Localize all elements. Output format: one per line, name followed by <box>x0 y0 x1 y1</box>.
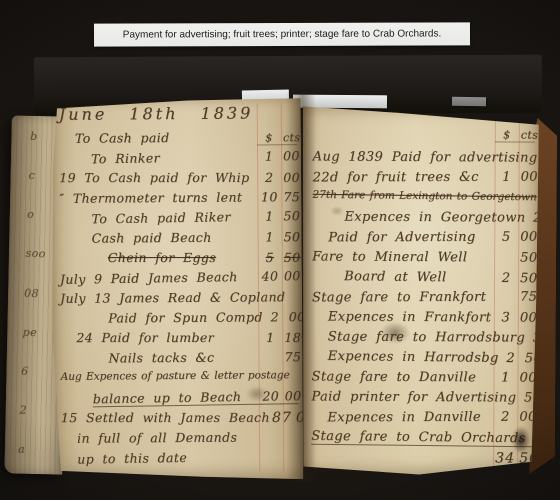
ledger-row: up to this date <box>61 448 299 472</box>
ledger-row: Expences in Frankfort 3 00 <box>312 309 534 330</box>
ledger-row: To Cash paid $ cts <box>59 129 297 151</box>
entry-dollars: 2 <box>263 309 287 324</box>
entry-dollars: 1 <box>257 208 281 223</box>
ledger-row: Stage fare to Harrodsburg 3 00 <box>312 329 534 350</box>
entry-dollars: 10 <box>257 189 281 204</box>
entry-cents: 00 <box>518 230 534 245</box>
ledger-row: 22d for fruit trees &c 1 00 <box>313 170 535 191</box>
entry-dollars: 5 <box>494 230 518 245</box>
ledger-row: Paid for Spun Compd 2 00 <box>60 309 298 331</box>
ledger-row: 27th Fare from Lexington to Georgetown 7… <box>312 189 534 212</box>
ledger-row: 34 50 <box>311 449 533 470</box>
entry-dollars: 5 <box>258 250 282 265</box>
entry-text: 19 To Cash paid for Whip <box>59 170 257 185</box>
entry-text: Nails tacks &c <box>108 349 258 365</box>
ledger-entries-right: Aug 1839 Paid for advertising 3 00 22d f… <box>311 149 535 470</box>
entry-cents: 50 <box>518 251 534 266</box>
entry-text: Cash paid Beach <box>92 229 258 245</box>
date-heading: June 18th 1839 <box>59 103 254 123</box>
entry-text: To Rinker <box>91 149 257 167</box>
entry-text: Stage fare to Crab Orchards <box>311 429 526 447</box>
ghost-writing: a <box>18 442 39 456</box>
ledger-row: ″ Thermometer turns lent 10 75 <box>59 189 297 211</box>
entry-cents: 00 <box>519 170 535 185</box>
ledger-row: Stage fare to Crab Orchards 2 00 <box>311 429 533 452</box>
ledger-row: Stage fare to Danville 1 00 <box>311 369 533 390</box>
ledger-row: Board at Well 2 50 <box>312 269 534 292</box>
entry-text: To Cash paid Riker <box>91 209 257 227</box>
ledger-row: Expences in Danville 2 00 <box>311 410 533 431</box>
entry-text: Paid for Advertising <box>328 230 494 246</box>
entry-dollars: 34 <box>493 450 517 466</box>
entry-text: in full of all Demands <box>77 429 259 445</box>
entry-text: up to this date <box>77 449 259 467</box>
entry-text: To Cash paid <box>75 129 257 145</box>
entry-text: ″ Thermometer turns lent <box>59 189 257 205</box>
entry-text: Expences in Harrodsbg <box>328 349 499 366</box>
ghost-writing: c <box>28 169 49 183</box>
entry-dollars: 2 <box>499 351 523 366</box>
entry-cents: 00 <box>518 371 534 386</box>
entry-dollars: 1 <box>495 170 519 185</box>
entry-text: Paid printer for Advertising <box>311 389 516 405</box>
ledger-row: Paid printer for Advertising 5 50 <box>311 389 533 410</box>
entry-dollars: 2 <box>493 410 517 425</box>
dollars-header: $ <box>495 128 519 142</box>
left-page: June 18th 1839 To Cash paid $ cts To Rin… <box>51 95 304 481</box>
ghost-writing: 6 <box>21 364 42 378</box>
ghost-writing: pe <box>22 325 43 339</box>
entry-text: balance up to Beach <box>93 389 259 408</box>
entry-text: Board at Well <box>344 269 494 286</box>
entry-cents: 00 <box>518 311 534 326</box>
ledger-row: Stage fare to Frankfort 75 <box>312 290 534 311</box>
gutter-shadow <box>286 92 316 482</box>
ghost-writing: 08 <box>24 286 45 300</box>
ledger-row: 15 Settled with James Beach 87 05 <box>61 410 299 430</box>
entry-text: Expences in Frankfort <box>328 310 494 326</box>
caption-text: Payment for advertising; fruit trees; pr… <box>123 28 442 40</box>
ledger-row: balance up to Beach 20 00 <box>61 388 299 412</box>
entry-cents: 00 <box>517 410 533 425</box>
entry-text: Paid for Spun Compd <box>108 309 263 325</box>
ledger-row: Paid for Advertising 5 00 <box>312 230 534 251</box>
photo-stage: bcosoo08pe62a June 18th 1839 To Cash pai… <box>0 0 560 500</box>
entry-text: Aug Expences of pasture & letter postage <box>61 369 290 383</box>
ghost-writing: b <box>30 130 51 144</box>
entry-dollars: 2 <box>494 271 518 286</box>
entry-dollars: 1 <box>258 330 282 345</box>
ghost-writing-column: bcosoo08pe62a <box>18 130 51 457</box>
ledger-row: Nails tacks &c 75 <box>60 349 298 371</box>
currency-header: $ cts <box>313 127 535 150</box>
entry-text: July 13 James Read & Copland <box>60 289 285 306</box>
entry-cents: 75 <box>518 290 534 305</box>
entry-text: Chein for Eggs <box>108 250 258 265</box>
page-heading: June 18th 1839 <box>59 103 297 131</box>
entry-text: 22d for fruit trees &c <box>313 170 495 186</box>
entry-text: Aug 1839 Paid for advertising <box>313 149 538 165</box>
entry-text: Expences in Georgetown <box>344 210 525 226</box>
entry-dollars: 40 <box>258 268 282 283</box>
entry-text: 27th Fare from Lexington to Georgetown <box>312 189 536 204</box>
entry-text: Fare to Mineral Well <box>312 249 494 265</box>
entry-text: Stage fare to Harrodsburg <box>328 330 525 346</box>
ledger-row: Chein for Eggs 5 50 <box>60 250 298 270</box>
ledger-entries-left: To Cash paid $ cts To Rinker 1 00 19 To … <box>59 129 299 471</box>
entry-text <box>311 461 493 462</box>
ledger-row: Expences in Georgetown 2 00 <box>312 209 534 230</box>
ghost-writing: 2 <box>19 403 40 417</box>
entry-text: Expences in Danville <box>327 410 493 426</box>
bookmark-tab <box>452 97 486 107</box>
ledger-row: Aug Expences of pasture & letter postage… <box>61 369 299 391</box>
ghost-writing: o <box>27 208 48 222</box>
entry-dollars: $ <box>257 131 281 145</box>
ledger-row: Expences in Harrodsbg 2 50 <box>312 349 534 372</box>
entry-dollars: 2 <box>257 170 281 185</box>
ledger-row: July 13 James Read & Copland <box>60 289 298 311</box>
ledger-row: 24 Paid for lumber 1 18¾ <box>60 330 298 350</box>
entry-text: July 9 Paid James Beach <box>60 269 258 287</box>
entry-dollars: 1 <box>258 229 282 244</box>
ledger-row: July 9 Paid James Beach 40 00 <box>60 268 298 292</box>
ledger-row: Aug 1839 Paid for advertising 3 00 <box>313 149 535 170</box>
entry-text: Stage fare to Frankfort <box>312 290 494 306</box>
entry-dollars: 1 <box>257 148 281 163</box>
entry-cents: 50 <box>518 271 534 286</box>
entry-text: 15 Settled with James Beach <box>61 410 270 425</box>
ledger-row: To Rinker 1 00 <box>59 148 297 172</box>
ledger-row: Fare to Mineral Well 50 <box>312 249 534 270</box>
ledger-row: 19 To Cash paid for Whip 2 00 <box>59 170 297 190</box>
ledger-row: in full of all Demands <box>61 429 299 451</box>
caption-bar: Payment for advertising; fruit trees; pr… <box>94 22 470 46</box>
entry-dollars: 1 <box>494 370 518 385</box>
entry-dollars: 3 <box>494 310 518 325</box>
cents-header: cts <box>519 129 535 143</box>
entry-dollars: 20 <box>259 388 283 404</box>
ghost-writing: soo <box>25 247 46 261</box>
entry-text: Stage fare to Danville <box>312 369 494 385</box>
entry-text: 24 Paid for lumber <box>76 330 258 345</box>
right-page: $ cts Aug 1839 Paid for advertising 3 00… <box>301 103 539 476</box>
ledger-row: To Cash paid Riker 1 50 <box>59 208 297 232</box>
ledger-row: Cash paid Beach 1 50 <box>60 229 298 251</box>
